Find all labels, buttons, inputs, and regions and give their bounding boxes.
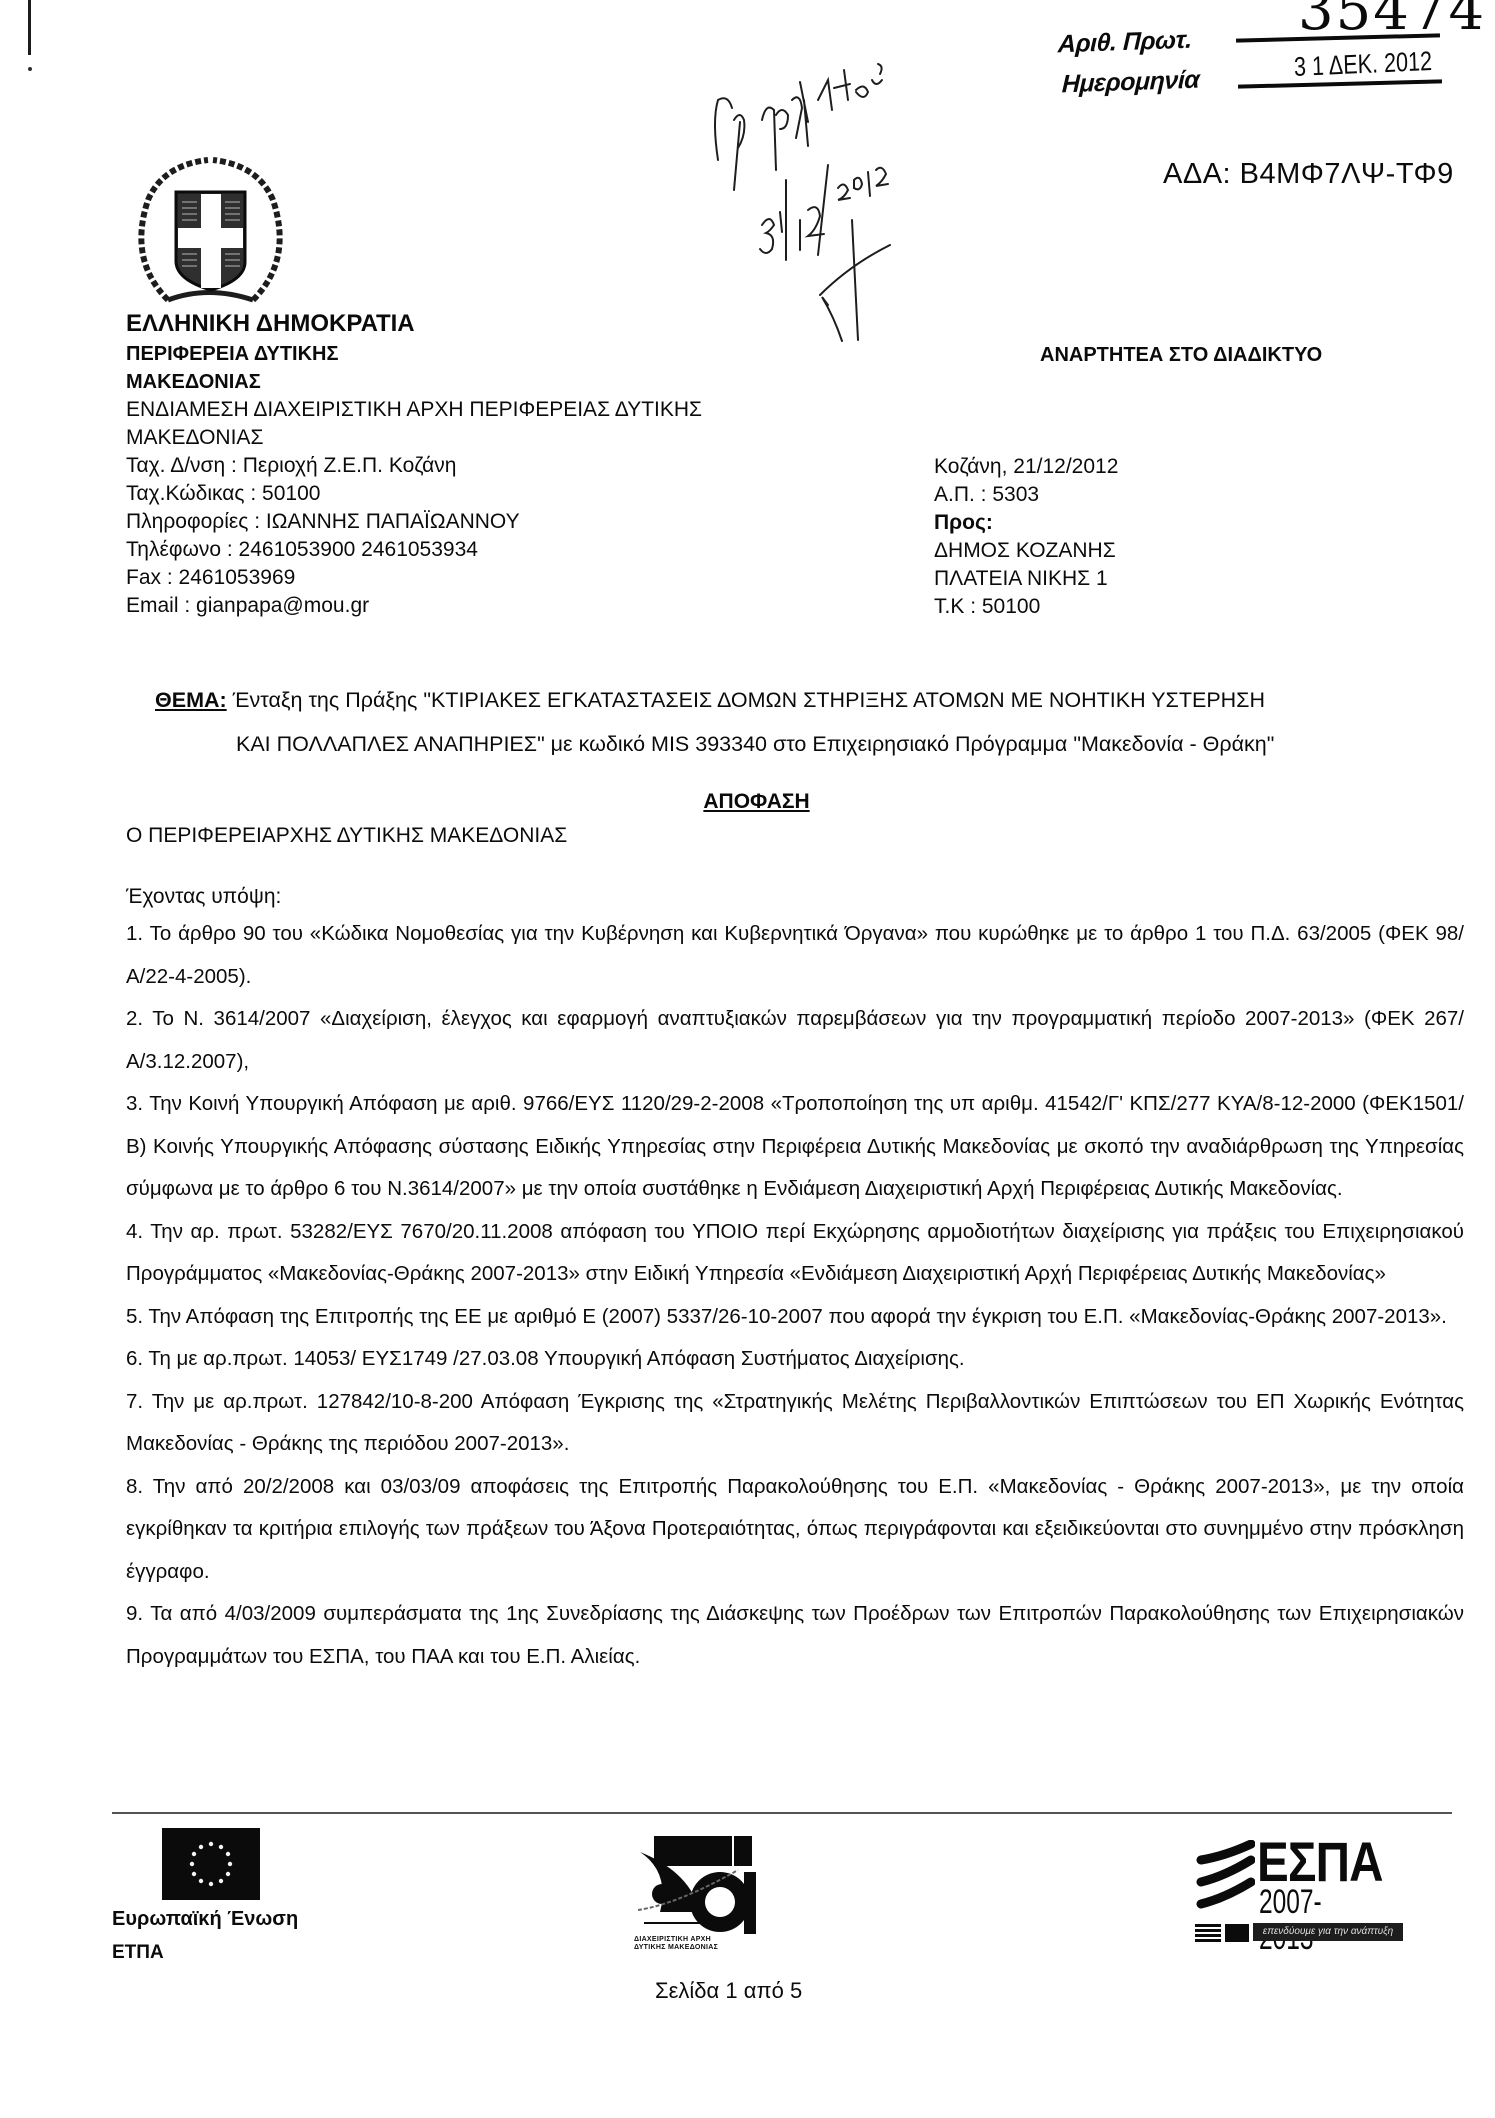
subject-block: ΘΕΜΑ: Ένταξη της Πράξης "ΚΤΙΡΙΑΚΕΣ ΕΓΚΑΤ…: [155, 678, 1475, 766]
stamp-date-label: Ημερομηνία: [1061, 66, 1199, 100]
list-item: 9. Τα από 4/03/2009 συμπεράσματα της 1ης…: [126, 1593, 1464, 1678]
place-date: Κοζάνη, 21/12/2012: [934, 453, 1118, 481]
list-item: 1. Το άρθρο 90 του «Κώδικα Νομοθεσίας γι…: [126, 913, 1464, 998]
list-item: 8. Την από 20/2/2008 και 03/03/09 αποφάσ…: [126, 1466, 1464, 1594]
country-name: ΕΛΛΗΝΙΚΗ ΔΗΜΟΚΡΑΤΙΑ: [126, 310, 702, 338]
sender-block: ΕΛΛΗΝΙΚΗ ΔΗΜΟΚΡΑΤΙΑ ΠΕΡΙΦΕΡΕΙΑ ΔΥΤΙΚΗΣ Μ…: [126, 310, 702, 620]
sender-postal-code: Ταχ.Κώδικας : 50100: [126, 480, 702, 508]
fund-label: ΕΤΠΑ: [112, 1942, 164, 1964]
issuing-authority: Ο ΠΕΡΙΦΕΡΕΙΑΡΧΗΣ ΔΥΤΙΚΗΣ ΜΑΚΕΔΟΝΙΑΣ: [126, 824, 567, 848]
espa-years: 2007-2013: [1259, 1884, 1366, 1956]
sender-email: Email : gianpapa@mou.gr: [126, 592, 702, 620]
registry-stamp: 35474 Αριθ. Πρωτ. 3 1 ΔΕΚ. 2012 Ημερομην…: [1058, 0, 1488, 100]
managing-authority-logo-icon: [634, 1832, 760, 1942]
espa-waves-icon: [1195, 1840, 1255, 1920]
scan-margin-mark: [28, 0, 31, 55]
list-item: 7. Την με αρ.πρωτ. 127842/10-8-200 Απόφα…: [126, 1381, 1464, 1466]
espa-logo: ΕΣΠΑ 2007-2013 επενδύουμε για την ανάπτυ…: [1195, 1840, 1407, 1946]
page-number: Σελίδα 1 από 5: [655, 1978, 802, 2004]
list-item: 6. Τη με αρ.πρωτ. 14053/ ΕΥΣ1749 /27.03.…: [126, 1338, 1464, 1381]
subject-label: ΘΕΜΑ:: [155, 688, 227, 712]
footer-divider: [112, 1812, 1452, 1814]
list-item: 3. Την Κοινή Υπουργική Απόφαση με αριθ. …: [126, 1083, 1464, 1211]
subject-text-2: ΚΑΙ ΠΟΛΛΑΠΛΕΣ ΑΝΑΠΗΡΙΕΣ" με κωδικό MIS 3…: [155, 722, 1475, 766]
sender-address: Ταχ. Δ/νση : Περιοχή Ζ.Ε.Π. Κοζάνη: [126, 452, 702, 480]
list-item: 2. Το Ν. 3614/2007 «Διαχείριση, έλεγχος …: [126, 998, 1464, 1083]
handwritten-annotation: [700, 60, 1000, 360]
subject-text-1: Ένταξη της Πράξης "ΚΤΙΡΙΑΚΕΣ ΕΓΚΑΤΑΣΤΑΣΕ…: [233, 688, 1265, 712]
recipient-block: Κοζάνη, 21/12/2012 Α.Π. : 5303 Προς: ΔΗΜ…: [934, 453, 1118, 621]
sender-fax: Fax : 2461053969: [126, 564, 702, 592]
publish-online-notice: ΑΝΑΡΤΗΤΕΑ ΣΤΟ ΔΙΑΔΙΚΤΥΟ: [1040, 344, 1322, 367]
ada-code: ΑΔΑ: Β4ΜΦ7ΛΨ-ΤΦ9: [1163, 158, 1454, 191]
eu-label: Ευρωπαϊκή Ένωση: [112, 1908, 298, 1931]
ma-caption-line2: ΔΥΤΙΚΗΣ ΜΑΚΕΔΟΝΙΑΣ: [634, 1944, 760, 1952]
list-item: 5. Την Απόφαση της Επιτροπής της ΕΕ με α…: [126, 1296, 1464, 1339]
greek-coat-of-arms-icon: [128, 150, 293, 315]
authority-name-line1: ΕΝΔΙΑΜΕΣΗ ΔΙΑΧΕΙΡΙΣΤΙΚΗ ΑΡΧΗ ΠΕΡΙΦΕΡΕΙΑΣ…: [126, 396, 702, 424]
recipient-name: ΔΗΜΟΣ ΚΟΖΑΝΗΣ: [934, 537, 1118, 565]
ma-caption-line1: ΔΙΑΧΕΙΡΙΣΤΙΚΗ ΑΡΧΗ: [634, 1936, 760, 1944]
decision-title: ΑΠΟΦΑΣΗ: [0, 790, 1495, 814]
stamp-protocol-label: Αριθ. Πρωτ.: [1057, 26, 1192, 60]
sender-contact-person: Πληροφορίες : ΙΩΑΝΝΗΣ ΠΑΠΑΪΩΑΝΝΟΥ: [126, 508, 702, 536]
eu-flag-icon: [162, 1828, 260, 1900]
sender-phone: Τηλέφωνο : 2461053900 2461053934: [126, 536, 702, 564]
list-item: 4. Την αρ. πρωτ. 53282/ΕΥΣ 7670/20.11.20…: [126, 1211, 1464, 1296]
authority-name-line2: ΜΑΚΕΔΟΝΙΑΣ: [126, 424, 702, 452]
managing-authority-caption: ΔΙΑΧΕΙΡΙΣΤΙΚΗ ΑΡΧΗ ΔΥΤΙΚΗΣ ΜΑΚΕΔΟΝΙΑΣ: [634, 1936, 760, 1952]
recipient-postal: Τ.Κ : 50100: [934, 593, 1118, 621]
reference-number: Α.Π. : 5303: [934, 481, 1118, 509]
considering-heading: Έχοντας υπόψη:: [126, 885, 281, 909]
recipient-street: ΠΛΑΤΕΙΑ ΝΙΚΗΣ 1: [934, 565, 1118, 593]
subject-line-1: ΘΕΜΑ: Ένταξη της Πράξης "ΚΤΙΡΙΑΚΕΣ ΕΓΚΑΤ…: [155, 678, 1475, 722]
scan-margin-dot: [28, 67, 32, 71]
to-label: Προς:: [934, 509, 1118, 537]
region-name-line2: ΜΑΚΕΔΟΝΙΑΣ: [126, 368, 702, 396]
espa-slogan: επενδύουμε για την ανάπτυξη: [1253, 1923, 1403, 1941]
stamp-date-value: 3 1 ΔΕΚ. 2012: [1294, 46, 1433, 83]
region-name-line1: ΠΕΡΙΦΕΡΕΙΑ ΔΥΤΙΚΗΣ: [126, 340, 702, 368]
greek-and-eu-flags-icon: [1195, 1924, 1249, 1942]
legal-basis-list: 1. Το άρθρο 90 του «Κώδικα Νομοθεσίας γι…: [126, 913, 1464, 1678]
